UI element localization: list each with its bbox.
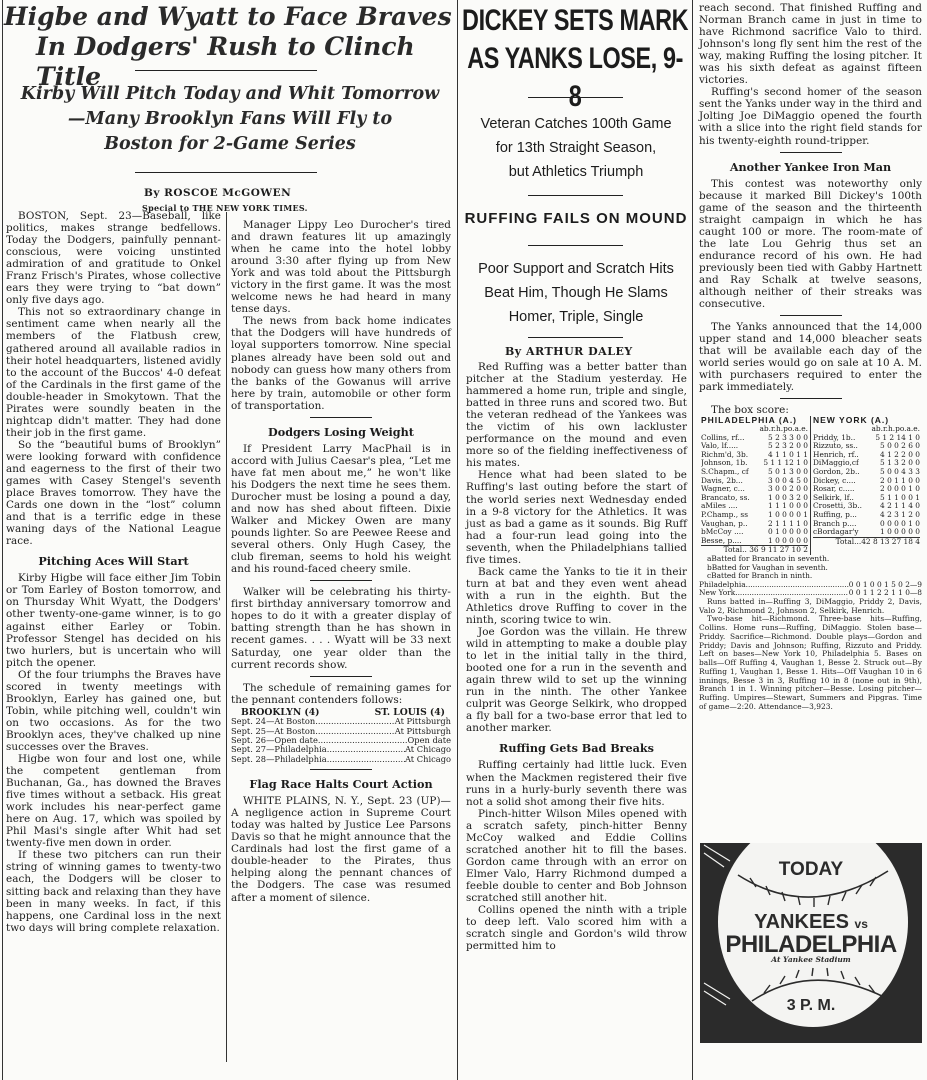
player-name: Rizzuto, ss..: [813, 442, 858, 451]
paragraph: This contest was noteworthy only because…: [699, 178, 922, 311]
player-name: P.Champ., ss: [701, 511, 748, 520]
box-new-york: NEW YORK (A.) ab.r.h.po.a.e. Priddy, 1b.…: [811, 416, 922, 555]
paragraph: Pinch-hitter Wilson Miles opened with a …: [466, 808, 687, 904]
player-name: Henrich, rf..: [813, 451, 859, 460]
paragraph: WHITE PLAINS, N. Y., Sept. 23 (UP)—A neg…: [231, 795, 451, 903]
player-name: bMcCoy ....: [701, 528, 743, 537]
subhead: Ruffing Gets Bad Breaks: [466, 741, 687, 755]
player-name: Branch p....: [813, 520, 857, 529]
column-1: BOSTON, Sept. 23—Baseball, like politics…: [6, 210, 221, 934]
paragraph: Manager Lippy Leo Durocher's tired and d…: [231, 219, 451, 315]
column-3: Red Ruffing was a better batter than pit…: [466, 361, 687, 952]
player-name: Vaughan, p..: [701, 520, 748, 529]
deck-line-2: —Many Brooklyn Fans Will Fly to: [4, 107, 456, 132]
player-name: Rosar, c.....: [813, 485, 855, 494]
headline-line-2: AS YANKS LOSE, 9-8: [462, 40, 688, 116]
column-rule: [457, 0, 458, 1080]
subhead: Another Yankee Iron Man: [699, 160, 922, 174]
divider: [528, 245, 623, 246]
player-name: Besse, p....: [701, 537, 742, 546]
leader-dots: [327, 745, 405, 754]
player-row: cBordagar'y1 0 0 0 0 0: [813, 528, 920, 537]
paragraph: The Yanks announced that the 14,000 uppe…: [699, 321, 922, 393]
subhead: Pitching Aces Will Start: [6, 554, 221, 568]
player-name: Valo, lf.....: [701, 442, 738, 451]
paragraph: BOSTON, Sept. 23—Baseball, like politics…: [6, 210, 221, 306]
deck-line-1: Poor Support and Scratch Hits: [460, 257, 692, 281]
subhead: Flag Race Halts Court Action: [231, 777, 451, 791]
column-rule: [226, 212, 227, 1062]
paragraph: Ruffing certainly had little luck. Even …: [466, 759, 687, 807]
divider: [310, 580, 372, 581]
deck-line-2: for 13th Straight Season,: [460, 136, 692, 160]
paragraph: Higbe won four and lost one, while the c…: [6, 753, 221, 849]
box-summary: Two-base hit—Richmond. Three-base hits—R…: [699, 615, 922, 711]
deck-line-3: Boston for 2-Game Series: [4, 132, 456, 157]
paragraph: Back came the Yanks to tie it in their t…: [466, 566, 687, 626]
divider: [528, 195, 623, 196]
right-story-deck-3: Poor Support and Scratch Hits Beat Him, …: [460, 257, 692, 329]
column-2: Manager Lippy Leo Durocher's tired and d…: [231, 219, 451, 904]
divider: [780, 152, 842, 153]
player-name: S.Chapm., cf: [701, 468, 749, 477]
player-name: Selkirk, lf..: [813, 494, 854, 503]
player-rows: Priddy, 1b..5 1 2 14 1 0Rizzuto, ss..5 0…: [813, 434, 920, 537]
player-name: Priddy, 1b..: [813, 434, 855, 443]
player-name: Davis, 2b...: [701, 477, 743, 486]
paragraph: If these two pitchers can run their stri…: [6, 849, 221, 933]
divider: [780, 315, 842, 316]
paragraph: Red Ruffing was a better batter than pit…: [466, 361, 687, 469]
leader-dots: [327, 755, 405, 764]
player-name: DiMaggio,cf: [813, 459, 859, 468]
byline: By ROSCOE McGOWEN: [144, 187, 291, 199]
paragraph: Of the four triumphs the Braves have sco…: [6, 669, 221, 753]
headline-line-1: DICKEY SETS MARK: [462, 2, 688, 40]
paragraph: Kirby Higbe will face either Jim Tobin o…: [6, 572, 221, 668]
paragraph: Joe Gordon was the villain. He threw wil…: [466, 626, 687, 734]
paragraph: The schedule of remaining games for the …: [231, 682, 451, 706]
schedule-row: Sept. 28—PhiladelphiaAt Chicago: [231, 755, 451, 764]
player-name: cBordagar'y: [813, 528, 859, 537]
paragraph: If President Larry MacPhail is in accord…: [231, 443, 451, 576]
divider: [135, 70, 317, 71]
divider: [310, 676, 372, 677]
byline: By ARTHUR DALEY: [505, 345, 633, 358]
ad-today: TODAY: [700, 859, 922, 881]
headline-line-1: Higbe and Wyatt to Face Braves: [4, 2, 454, 32]
deck-line-1: Veteran Catches 100th Game: [460, 112, 692, 136]
leader-dots: [315, 727, 395, 736]
ad-time: 3 P. M.: [700, 997, 922, 1015]
player-row: Besse, p....1 0 0 0 0 0: [701, 537, 808, 546]
player-name: Crosetti, 3b..: [813, 502, 862, 511]
box-notes: aBatted for Brancato in seventh. bBatted…: [699, 555, 922, 581]
player-rows: Collins, rf...5 2 3 3 0 0Valo, lf.....5 …: [701, 434, 808, 546]
line-score: Philadelphia0 0 1 0 0 1 5 0 2—9 New York…: [699, 581, 922, 598]
player-name: Richm'd, 3b.: [701, 451, 748, 460]
right-story-deck-1: Veteran Catches 100th Game for 13th Stra…: [460, 112, 692, 184]
team-total: Total...42 8 13 27 18 4: [813, 537, 920, 547]
ad-vs: vs: [855, 917, 868, 931]
player-name: aMiles ....: [701, 502, 738, 511]
column-4: reach second. That finished Ruffing and …: [699, 2, 922, 712]
paragraph: This not so extraordinary change in sent…: [6, 306, 221, 439]
ad-venue: At Yankee Stadium: [700, 955, 922, 964]
left-story-deck: Kirby Will Pitch Today and Whit Tomorrow…: [4, 82, 456, 157]
divider: [310, 417, 372, 418]
box-score-teams: PHILADELPHIA (A.) ab.r.h.po.a.e. Collins…: [699, 416, 922, 555]
player-stats: 1 0 0 0 0 0: [880, 528, 920, 537]
divider: [528, 337, 623, 338]
player-stats: 1 0 0 0 0 0: [768, 537, 808, 546]
leader-dots: [318, 736, 408, 745]
box-score: PHILADELPHIA (A.) ab.r.h.po.a.e. Collins…: [699, 416, 922, 711]
box-summary: Runs batted in—Ruffing 3, DiMaggio, Prid…: [699, 598, 922, 616]
schedule-table: BROOKLYN (4) ST. LOUIS (4) Sept. 24—At B…: [231, 708, 451, 764]
paragraph: Walker will be celebrating his thirty-fi…: [231, 586, 451, 670]
box-philadelphia: PHILADELPHIA (A.) ab.r.h.po.a.e. Collins…: [699, 416, 811, 555]
column-rule: [692, 0, 693, 1080]
divider: [135, 172, 317, 173]
player-name: Brancato, ss.: [701, 494, 750, 503]
schedule-st-louis: At Chicago: [405, 755, 451, 764]
player-name: Wagner, c...: [701, 485, 745, 494]
paragraph: reach second. That finished Ruffing and …: [699, 2, 922, 86]
leader-dots: [315, 717, 395, 726]
game-advertisement: TODAY YANKEES vs PHILADELPHIA At Yankee …: [700, 843, 922, 1043]
paragraph: The news from back home indicates that t…: [231, 315, 451, 411]
schedule-brooklyn: Sept. 28—Philadelphia: [231, 755, 327, 764]
column-rule: [2, 0, 3, 1080]
leader-dots: [746, 581, 849, 590]
subhead: Dodgers Losing Weight: [231, 425, 451, 439]
paragraph: Collins opened the ninth with a triple t…: [466, 904, 687, 952]
deck-line-1: Kirby Will Pitch Today and Whit Tomorrow: [4, 82, 456, 107]
divider: [310, 769, 372, 770]
player-name: Ruffing, p...: [813, 511, 857, 520]
paragraph: Hence what had been slated to be Ruffing…: [466, 469, 687, 565]
paragraph: Ruffing's second homer of the season sen…: [699, 86, 922, 146]
deck-line-3: Homer, Triple, Single: [460, 305, 692, 329]
player-name: Johnson, 1b.: [701, 459, 747, 468]
deck-line-2: Beat Him, Though He Slams: [460, 281, 692, 305]
player-name: Dickey, c....: [813, 477, 856, 486]
ad-yankees: YANKEES: [754, 911, 849, 933]
left-story-headline: Higbe and Wyatt to Face Braves In Dodger…: [4, 2, 454, 92]
player-name: Collins, rf...: [701, 434, 745, 443]
player-name: Gordon, 2b..: [813, 468, 860, 477]
right-story-headline: DICKEY SETS MARK AS YANKS LOSE, 9-8: [462, 2, 688, 116]
right-story-deck-2: RUFFING FAILS ON MOUND: [460, 207, 692, 231]
paragraph: So the “beautiful bums of Brooklyn” were…: [6, 439, 221, 547]
deck-line-3: but Athletics Triumph: [460, 160, 692, 184]
divider: [528, 97, 623, 98]
divider: [780, 398, 842, 399]
